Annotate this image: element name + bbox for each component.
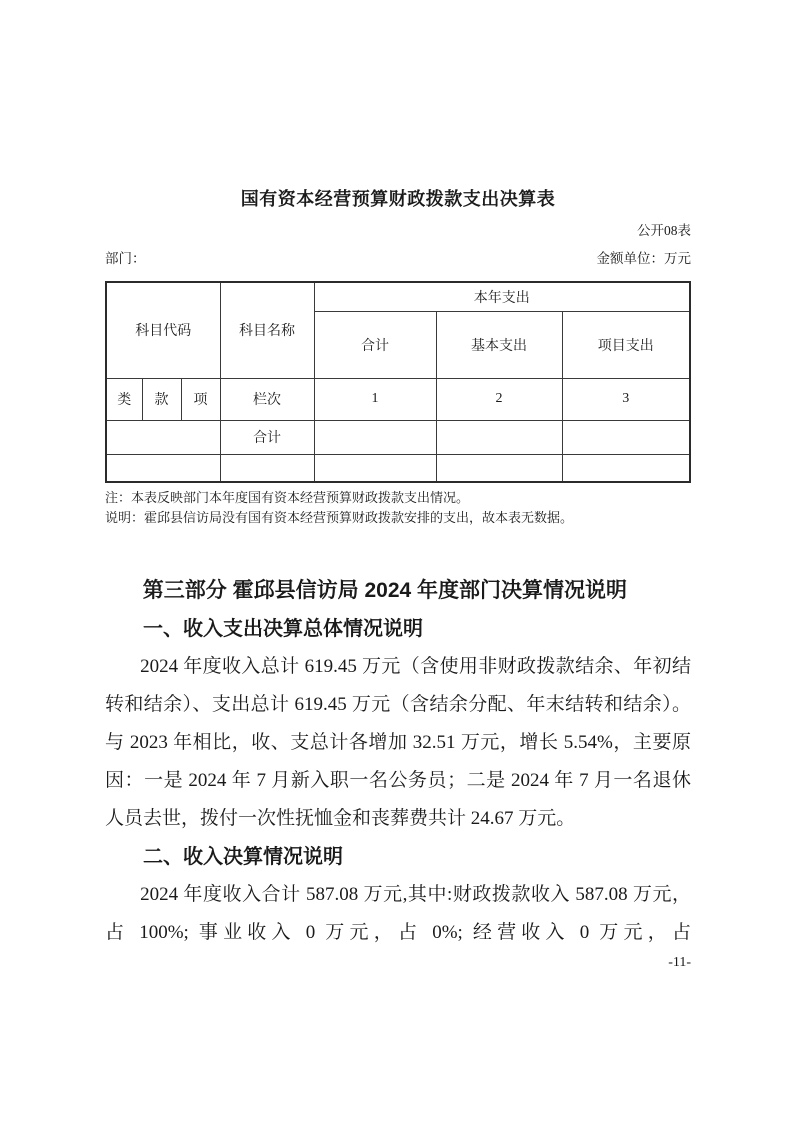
table-cell-row-project (562, 420, 690, 454)
table-cell-row-name: 合计 (220, 420, 314, 454)
table-cell-column-label: 栏次 (220, 378, 314, 420)
table-cell-row-basic (436, 454, 562, 482)
table-cell-total-header: 合计 (314, 311, 436, 378)
table-cell-section: 款 (142, 378, 181, 420)
table-cell-col2: 2 (436, 378, 562, 420)
table-cell-row-total (314, 454, 436, 482)
table-cell-col1: 1 (314, 378, 436, 420)
table-row (106, 454, 690, 482)
section-heading-income-details: 二、收入决算情况说明 (105, 838, 691, 876)
table-row: 科目代码 科目名称 本年支出 (106, 282, 690, 311)
table-meta-row: 部门： 金额单位：万元 (105, 250, 691, 268)
part-three-title: 第三部分 霍邱县信访局 2024 年度部门决算情况说明 (105, 572, 691, 610)
table-row: 类 款 项 栏次 1 2 3 (106, 378, 690, 420)
paragraph-overview: 2024 年度收入总计 619.45 万元（含使用非财政拨款结余、年初结转和结余… (105, 648, 691, 838)
table-row: 合计 (106, 420, 690, 454)
table-cell-project-expenditure-header: 项目支出 (562, 311, 690, 378)
table-cell-subject-name: 科目名称 (220, 282, 314, 378)
department-label: 部门： (105, 250, 146, 268)
table-cell-category: 类 (106, 378, 142, 420)
table-cell-row-name (220, 454, 314, 482)
table-note-line: 注：本表反映部门本年度国有资本经营预算财政拨款支出情况。 (105, 488, 691, 508)
document-page: 国有资本经营预算财政拨款支出决算表 公开08表 部门： 金额单位：万元 科目代码… (0, 0, 793, 1122)
section-heading-income-expenditure-overview: 一、收入支出决算总体情况说明 (105, 610, 691, 648)
table-cell-row-basic (436, 420, 562, 454)
paragraph-income-details: 2024 年度收入合计 587.08 万元,其中:财政拨款收入 587.08 万… (105, 876, 691, 952)
table-cell-item: 项 (181, 378, 220, 420)
table-cell-subject-code: 科目代码 (106, 282, 220, 378)
table-cell-row-total (314, 420, 436, 454)
table-cell-row-code (106, 454, 220, 482)
table-cell-basic-expenditure-header: 基本支出 (436, 311, 562, 378)
document-title: 国有资本经营预算财政拨款支出决算表 (105, 186, 691, 212)
table-cell-row-code (106, 420, 220, 454)
table-cell-col3: 3 (562, 378, 690, 420)
budget-expenditure-table: 科目代码 科目名称 本年支出 合计 基本支出 项目支出 类 款 项 栏次 1 2… (105, 281, 691, 483)
table-cell-row-project (562, 454, 690, 482)
table-cell-current-year-expenditure: 本年支出 (314, 282, 690, 311)
table-notes: 注：本表反映部门本年度国有资本经营预算财政拨款支出情况。 说明：霍邱县信访局没有… (105, 488, 691, 528)
page-number: -11- (105, 954, 691, 972)
public-table-number-label: 公开08表 (105, 222, 691, 240)
amount-unit-label: 金额单位：万元 (597, 250, 692, 268)
table-explanation-line: 说明：霍邱县信访局没有国有资本经营预算财政拨款安排的支出，故本表无数据。 (105, 508, 691, 528)
